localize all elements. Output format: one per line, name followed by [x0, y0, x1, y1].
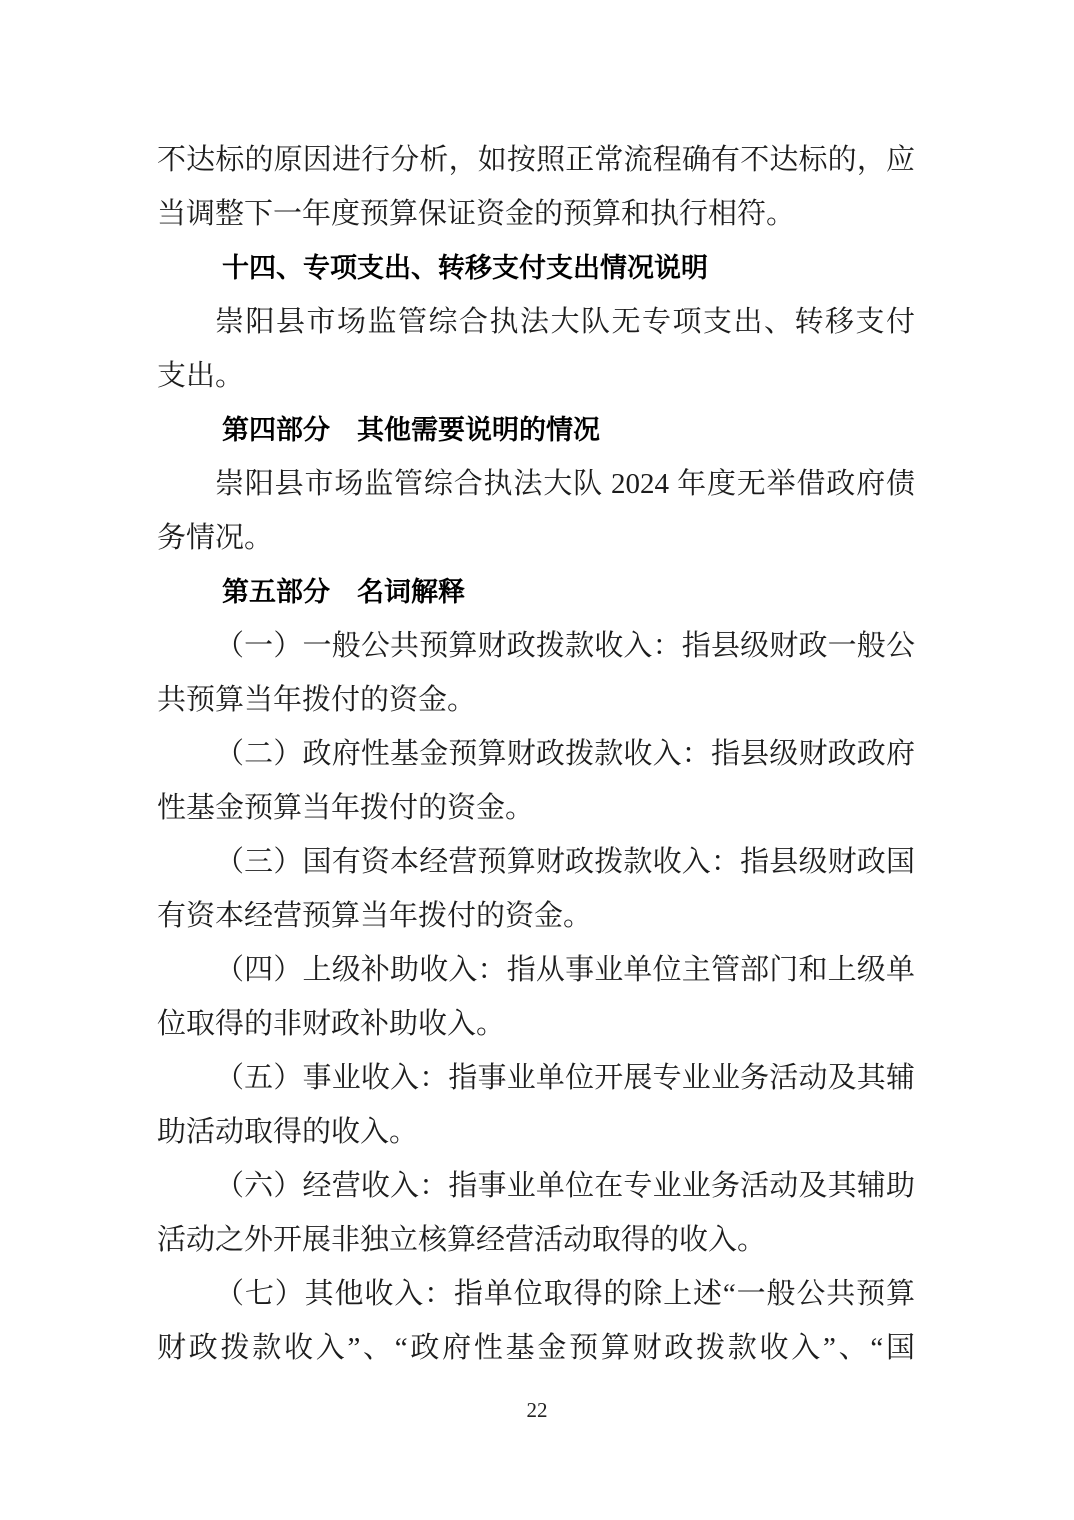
paragraph-line: 崇阳县市场监管综合执法大队无专项支出、转移支付: [157, 295, 915, 349]
paragraph-line: 不达标的原因进行分析，如按照正常流程确有不达标的，应: [157, 133, 915, 187]
paragraph-line: 当调整下一年度预算保证资金的预算和执行相符。: [157, 187, 915, 241]
term-definition-line: 财政拨款收入”、“政府性基金预算财政拨款收入”、“国: [157, 1321, 915, 1375]
section-heading-part-4: 第四部分 其他需要说明的情况: [157, 403, 915, 457]
document-page: 不达标的原因进行分析，如按照正常流程确有不达标的，应 当调整下一年度预算保证资金…: [0, 0, 1074, 1520]
term-definition-line: （七）其他收入：指单位取得的除上述“一般公共预算: [157, 1267, 915, 1321]
term-definition-line: （五）事业收入：指事业单位开展专业业务活动及其辅: [157, 1051, 915, 1105]
term-definition-line: 助活动取得的收入。: [157, 1105, 915, 1159]
term-definition-line: 活动之外开展非独立核算经营活动取得的收入。: [157, 1213, 915, 1267]
term-definition-line: 共预算当年拨付的资金。: [157, 673, 915, 727]
term-definition-line: （四）上级补助收入：指从事业单位主管部门和上级单: [157, 943, 915, 997]
term-definition-line: （六）经营收入：指事业单位在专业业务活动及其辅助: [157, 1159, 915, 1213]
page-footer: 22: [0, 1398, 1074, 1423]
page-number: 22: [527, 1398, 548, 1423]
term-definition-line: 位取得的非财政补助收入。: [157, 997, 915, 1051]
paragraph-line: 支出。: [157, 349, 915, 403]
term-definition-line: 有资本经营预算当年拨付的资金。: [157, 889, 915, 943]
term-definition-line: 性基金预算当年拨付的资金。: [157, 781, 915, 835]
term-definition-line: （二）政府性基金预算财政拨款收入：指县级财政政府: [157, 727, 915, 781]
section-heading-14: 十四、专项支出、转移支付支出情况说明: [157, 241, 915, 295]
paragraph-line: 崇阳县市场监管综合执法大队 2024 年度无举借政府债: [157, 457, 915, 511]
section-heading-part-5: 第五部分 名词解释: [157, 565, 915, 619]
term-definition-line: （一）一般公共预算财政拨款收入：指县级财政一般公: [157, 619, 915, 673]
paragraph-line: 务情况。: [157, 511, 915, 565]
page-content: 不达标的原因进行分析，如按照正常流程确有不达标的，应 当调整下一年度预算保证资金…: [157, 133, 915, 1375]
term-definition-line: （三）国有资本经营预算财政拨款收入：指县级财政国: [157, 835, 915, 889]
